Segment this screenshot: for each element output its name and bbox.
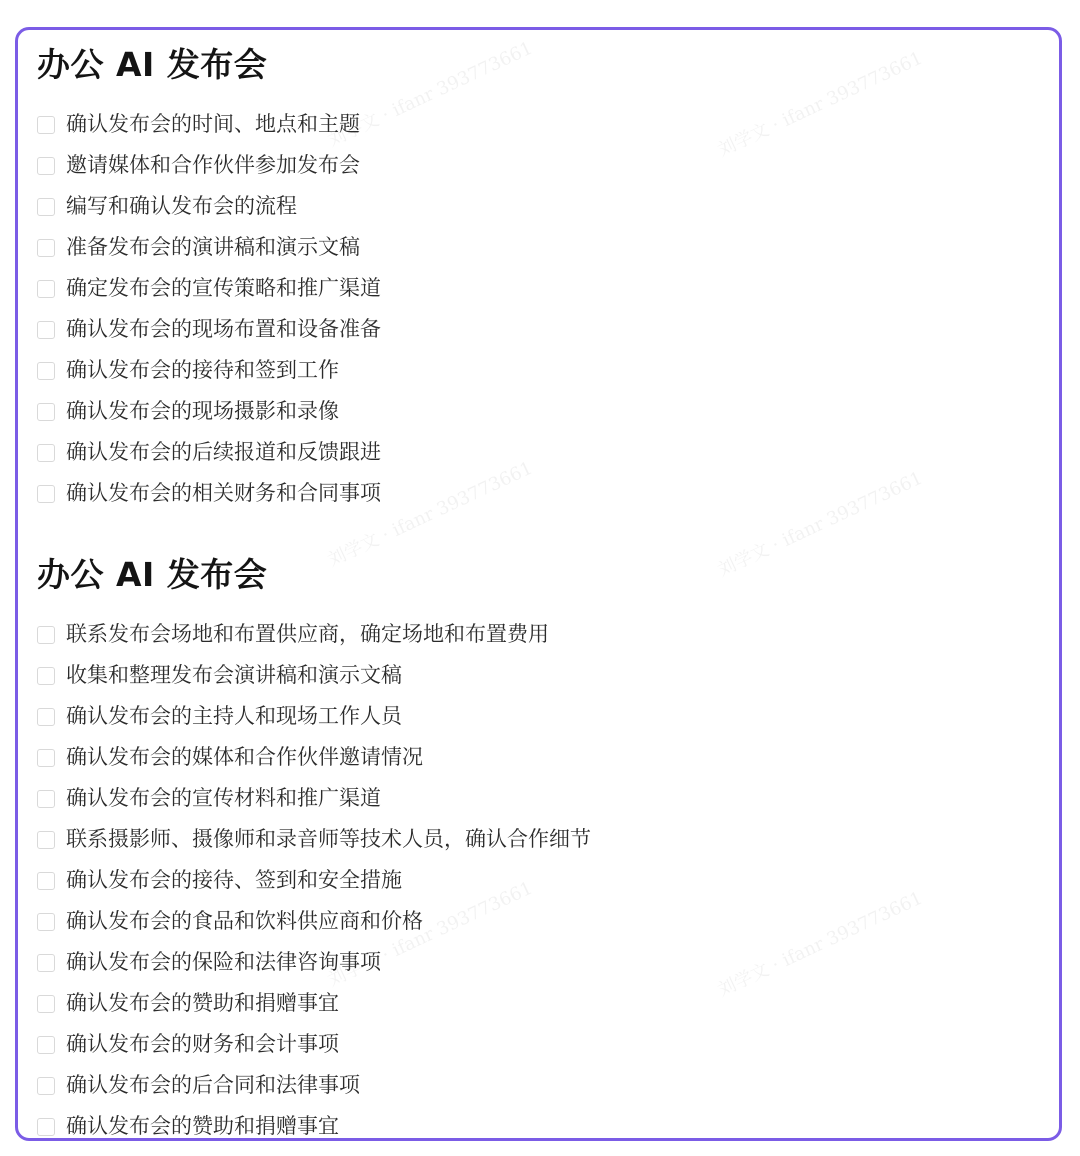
task-label: 确认发布会的接待、签到和安全措施 bbox=[66, 860, 402, 901]
checkbox[interactable] bbox=[37, 1077, 55, 1095]
checklist-section-2: 办公 AI 发布会 联系发布会场地和布置供应商，确定场地和布置费用 收集和整理发… bbox=[37, 553, 1059, 1141]
task-item[interactable]: 确认发布会的宣传材料和推广渠道 bbox=[37, 778, 1059, 819]
task-item[interactable]: 确认发布会的主持人和现场工作人员 bbox=[37, 696, 1059, 737]
task-label: 确认发布会的媒体和合作伙伴邀请情况 bbox=[66, 737, 423, 778]
task-item[interactable]: 准备发布会的演讲稿和演示文稿 bbox=[37, 227, 1059, 268]
task-label: 确认发布会的相关财务和合同事项 bbox=[66, 473, 381, 514]
checkbox[interactable] bbox=[37, 444, 55, 462]
section-title: 办公 AI 发布会 bbox=[37, 553, 1059, 597]
task-label: 确认发布会的财务和会计事项 bbox=[66, 1024, 339, 1065]
task-item[interactable]: 确认发布会的相关财务和合同事项 bbox=[37, 473, 1059, 514]
task-item[interactable]: 确认发布会的接待和签到工作 bbox=[37, 350, 1059, 391]
checkbox[interactable] bbox=[37, 1036, 55, 1054]
task-label: 确认发布会的保险和法律咨询事项 bbox=[66, 942, 381, 983]
checkbox[interactable] bbox=[37, 831, 55, 849]
task-label: 确认发布会的现场摄影和录像 bbox=[66, 391, 339, 432]
task-label: 准备发布会的演讲稿和演示文稿 bbox=[66, 227, 360, 268]
task-label: 编写和确认发布会的流程 bbox=[66, 186, 297, 227]
checkbox[interactable] bbox=[37, 280, 55, 298]
task-label: 联系发布会场地和布置供应商，确定场地和布置费用 bbox=[66, 614, 549, 655]
task-item[interactable]: 确认发布会的后续报道和反馈跟进 bbox=[37, 432, 1059, 473]
checkbox[interactable] bbox=[37, 790, 55, 808]
task-label: 确认发布会的宣传材料和推广渠道 bbox=[66, 778, 381, 819]
task-item[interactable]: 确认发布会的保险和法律咨询事项 bbox=[37, 942, 1059, 983]
checkbox[interactable] bbox=[37, 362, 55, 380]
task-item[interactable]: 联系发布会场地和布置供应商，确定场地和布置费用 bbox=[37, 614, 1059, 655]
task-item[interactable]: 确认发布会的赞助和捐赠事宜 bbox=[37, 1106, 1059, 1141]
task-item[interactable]: 确认发布会的时间、地点和主题 bbox=[37, 104, 1059, 145]
checklist-section-1: 办公 AI 发布会 确认发布会的时间、地点和主题 邀请媒体和合作伙伴参加发布会 … bbox=[37, 43, 1059, 514]
task-item[interactable]: 编写和确认发布会的流程 bbox=[37, 186, 1059, 227]
task-item[interactable]: 确认发布会的媒体和合作伙伴邀请情况 bbox=[37, 737, 1059, 778]
checkbox[interactable] bbox=[37, 157, 55, 175]
checkbox[interactable] bbox=[37, 485, 55, 503]
task-label: 确认发布会的后合同和法律事项 bbox=[66, 1065, 360, 1106]
task-label: 收集和整理发布会演讲稿和演示文稿 bbox=[66, 655, 402, 696]
task-label: 确定发布会的宣传策略和推广渠道 bbox=[66, 268, 381, 309]
checkbox[interactable] bbox=[37, 667, 55, 685]
task-item[interactable]: 确认发布会的赞助和捐赠事宜 bbox=[37, 983, 1059, 1024]
task-label: 确认发布会的食品和饮料供应商和价格 bbox=[66, 901, 423, 942]
task-label: 联系摄影师、摄像师和录音师等技术人员，确认合作细节 bbox=[66, 819, 591, 860]
task-item[interactable]: 邀请媒体和合作伙伴参加发布会 bbox=[37, 145, 1059, 186]
task-list: 联系发布会场地和布置供应商，确定场地和布置费用 收集和整理发布会演讲稿和演示文稿… bbox=[37, 614, 1059, 1141]
task-item[interactable]: 确定发布会的宣传策略和推广渠道 bbox=[37, 268, 1059, 309]
checkbox[interactable] bbox=[37, 913, 55, 931]
checkbox[interactable] bbox=[37, 198, 55, 216]
task-label: 确认发布会的主持人和现场工作人员 bbox=[66, 696, 402, 737]
task-item[interactable]: 确认发布会的财务和会计事项 bbox=[37, 1024, 1059, 1065]
task-item[interactable]: 确认发布会的食品和饮料供应商和价格 bbox=[37, 901, 1059, 942]
checkbox[interactable] bbox=[37, 749, 55, 767]
task-item[interactable]: 联系摄影师、摄像师和录音师等技术人员，确认合作细节 bbox=[37, 819, 1059, 860]
section-title: 办公 AI 发布会 bbox=[37, 43, 1059, 87]
task-item[interactable]: 收集和整理发布会演讲稿和演示文稿 bbox=[37, 655, 1059, 696]
checkbox[interactable] bbox=[37, 872, 55, 890]
task-label: 确认发布会的接待和签到工作 bbox=[66, 350, 339, 391]
task-list: 确认发布会的时间、地点和主题 邀请媒体和合作伙伴参加发布会 编写和确认发布会的流… bbox=[37, 104, 1059, 514]
checkbox[interactable] bbox=[37, 116, 55, 134]
checkbox[interactable] bbox=[37, 708, 55, 726]
checklist-card: 刘学文 · ifanr 393773661 刘学文 · ifanr 393773… bbox=[15, 27, 1062, 1141]
checkbox[interactable] bbox=[37, 239, 55, 257]
checkbox[interactable] bbox=[37, 1118, 55, 1136]
task-label: 确认发布会的现场布置和设备准备 bbox=[66, 309, 381, 350]
task-item[interactable]: 确认发布会的接待、签到和安全措施 bbox=[37, 860, 1059, 901]
task-item[interactable]: 确认发布会的现场摄影和录像 bbox=[37, 391, 1059, 432]
task-label: 确认发布会的后续报道和反馈跟进 bbox=[66, 432, 381, 473]
task-label: 确认发布会的赞助和捐赠事宜 bbox=[66, 1106, 339, 1141]
task-item[interactable]: 确认发布会的后合同和法律事项 bbox=[37, 1065, 1059, 1106]
checkbox[interactable] bbox=[37, 321, 55, 339]
task-label: 确认发布会的时间、地点和主题 bbox=[66, 104, 360, 145]
checkbox[interactable] bbox=[37, 954, 55, 972]
task-label: 确认发布会的赞助和捐赠事宜 bbox=[66, 983, 339, 1024]
checkbox[interactable] bbox=[37, 403, 55, 421]
checkbox[interactable] bbox=[37, 626, 55, 644]
task-label: 邀请媒体和合作伙伴参加发布会 bbox=[66, 145, 360, 186]
task-item[interactable]: 确认发布会的现场布置和设备准备 bbox=[37, 309, 1059, 350]
checkbox[interactable] bbox=[37, 995, 55, 1013]
